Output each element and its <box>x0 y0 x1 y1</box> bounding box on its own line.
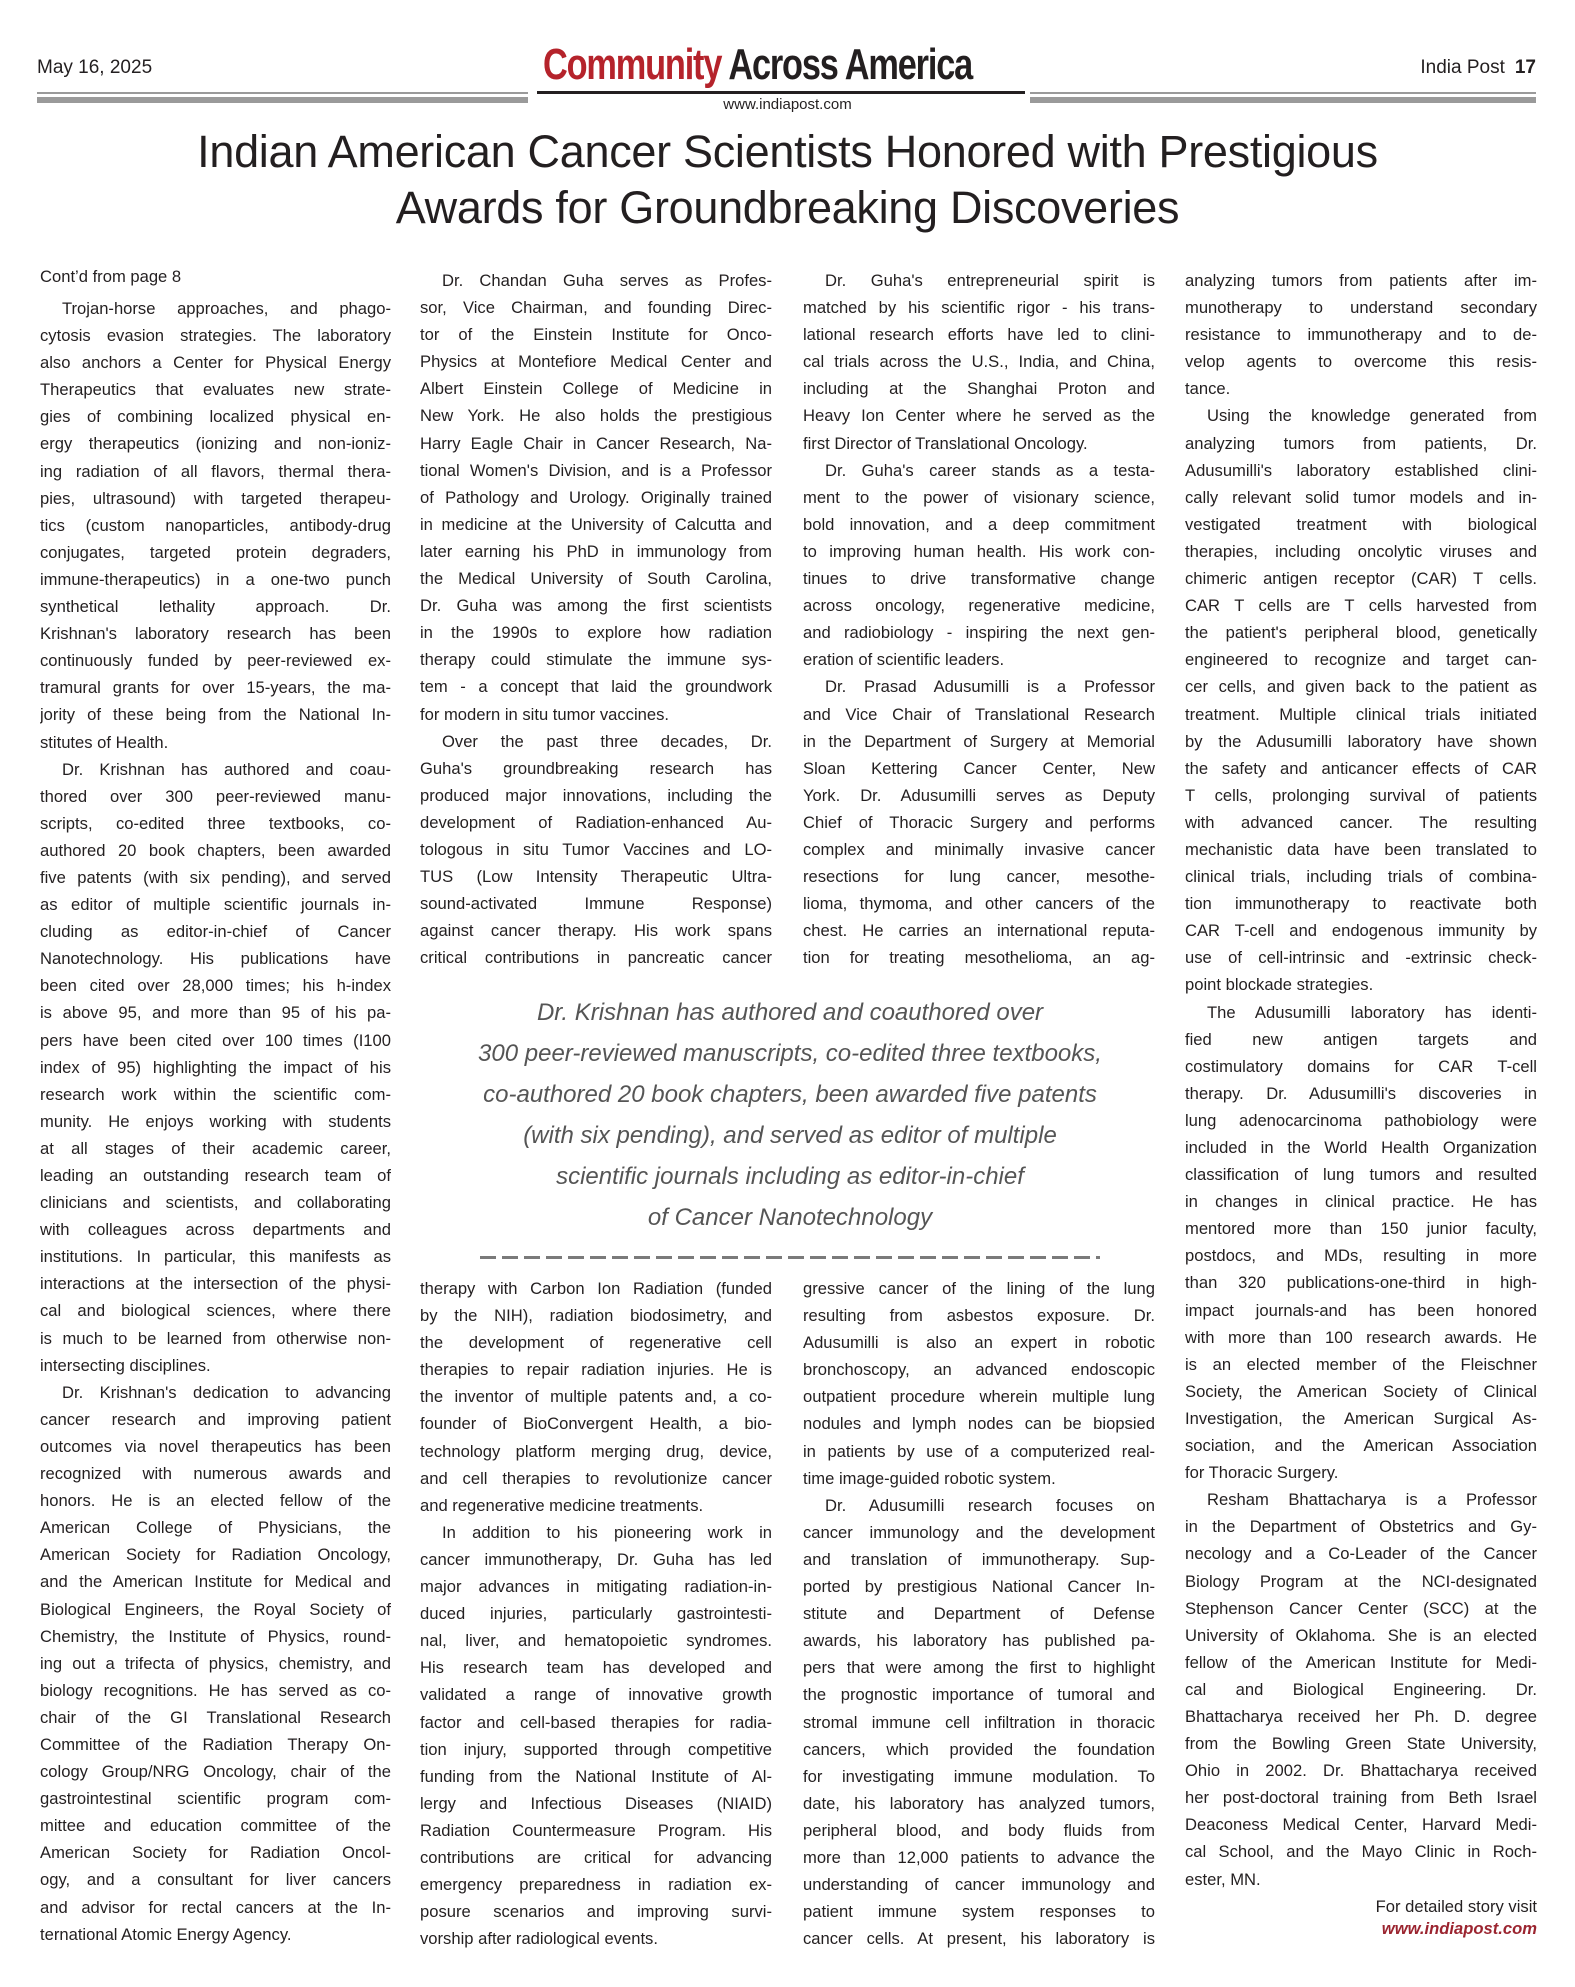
article-text-line: costimulatory domains for CAR T-cell <box>1185 1053 1537 1080</box>
article-text-line: synthetical lethality approach. Dr. <box>40 593 391 620</box>
pull-quote-line: Dr. Krishnan has authored and coauthored… <box>410 992 1170 1033</box>
article-text-line: ing out a trifecta of physics, chemistry… <box>40 1650 391 1677</box>
article-text-line: Dr. Prasad Adusumilli is a Professor <box>803 673 1155 700</box>
article-text-line: thored over 300 peer-reviewed manu- <box>40 783 391 810</box>
article-text-line: and the American Institute for Medical a… <box>40 1568 391 1595</box>
article-text-line: Biology Program at the NCI-designated <box>1185 1568 1537 1595</box>
article-text-line: funding from the National Institute of A… <box>420 1763 772 1790</box>
article-text-line: cology Group/NRG Oncology, chair of the <box>40 1758 391 1785</box>
article-text-line: time image-guided robotic system. <box>803 1465 1155 1492</box>
article-text-line: Krishnan's laboratory research has been <box>40 620 391 647</box>
article-text-line: the inventor of multiple patents and, a … <box>420 1383 772 1410</box>
article-text-line: recognized with numerous awards and <box>40 1460 391 1487</box>
article-text-line: tion for treating mesothelioma, an ag- <box>803 944 1155 971</box>
article-text-line: in the Department of Obstetrics and Gy- <box>1185 1513 1537 1540</box>
article-text-line: resistance to immunotherapy and to de- <box>1185 321 1537 348</box>
article-text-line: Dr. Krishnan's dedication to advancing <box>40 1379 391 1406</box>
article-text-line: Stephenson Cancer Center (SCC) at the <box>1185 1595 1537 1622</box>
article-headline: Indian American Cancer Scientists Honore… <box>0 124 1575 236</box>
article-text-line: emergency preparedness in radiation ex- <box>420 1871 772 1898</box>
article-text-line: Dr. Guha's entrepreneurial spirit is <box>803 267 1155 294</box>
issue-date: May 16, 2025 <box>37 57 152 79</box>
masthead-community: Community <box>543 40 721 89</box>
article-text-line: tramural grants for over 15-years, the m… <box>40 674 391 701</box>
article-text-line: Bhattacharya received her Ph. D. degree <box>1185 1703 1537 1730</box>
article-text-line: stromal immune cell infiltration in thor… <box>803 1709 1155 1736</box>
article-text-line: in changes in clinical practice. He has <box>1185 1188 1537 1215</box>
article-text-line: lational research efforts have led to cl… <box>803 321 1155 348</box>
article-column-3-bottom: gressive cancer of the lining of the lun… <box>803 1275 1155 1952</box>
article-text-line: vestigated treatment with biological <box>1185 511 1537 538</box>
article-text-line: and radiobiology - inspiring the next ge… <box>803 619 1155 646</box>
article-text-line: Harry Eagle Chair in Cancer Research, Na… <box>420 430 772 457</box>
article-text-line: continuously funded by peer-reviewed ex- <box>40 647 391 674</box>
article-text-line: research work within the scientific com- <box>40 1081 391 1108</box>
article-text-line: tor of the Einstein Institute for Onco- <box>420 321 772 348</box>
article-text-line: immune-therapeutics) in a one-two punch <box>40 566 391 593</box>
article-text-line: Resham Bhattacharya is a Professor <box>1185 1486 1537 1513</box>
article-text-line: gies of combining localized physical en- <box>40 403 391 430</box>
article-text-line: gressive cancer of the lining of the lun… <box>803 1275 1155 1302</box>
article-text-line: Adusumilli's laboratory established clin… <box>1185 457 1537 484</box>
article-text-line: cer cells, and given back to the patient… <box>1185 673 1537 700</box>
article-text-line: produced major innovations, including th… <box>420 782 772 809</box>
pull-quote-line: 300 peer-reviewed manuscripts, co-edited… <box>410 1033 1170 1074</box>
article-text-line: and regenerative medicine treatments. <box>420 1492 772 1519</box>
article-text-line: chest. He carries an international reput… <box>803 917 1155 944</box>
article-text-line: peripheral blood, and body fluids from <box>803 1817 1155 1844</box>
article-text-line: Nanotechnology. His publications have <box>40 945 391 972</box>
article-text-line: the patient's peripheral blood, genetica… <box>1185 619 1537 646</box>
article-text-line: munotherapy to understand secondary <box>1185 294 1537 321</box>
article-text-line: American Society for Radiation Oncol- <box>40 1839 391 1866</box>
article-text-line: York. Dr. Adusumilli serves as Deputy <box>803 782 1155 809</box>
masthead-across-america: Across America <box>728 40 972 89</box>
article-column-3-top: Dr. Guha's entrepreneurial spirit ismatc… <box>803 267 1155 971</box>
detailed-story-text: For detailed story visit <box>1376 1896 1537 1918</box>
article-text-line: Heavy Ion Center where he served as the <box>803 402 1155 429</box>
article-text-line: is an elected member of the Fleischner <box>1185 1351 1537 1378</box>
header-rule-right-thin <box>1030 92 1536 94</box>
article-text-line: in the 1990s to explore how radiation <box>420 619 772 646</box>
article-text-line: fied new antigen targets and <box>1185 1026 1537 1053</box>
article-text-line: Dr. Guha was among the first scientists <box>420 592 772 619</box>
article-text-line: Sloan Kettering Cancer Center, New <box>803 755 1155 782</box>
article-text-line: lergy and Infectious Diseases (NIAID) <box>420 1790 772 1817</box>
article-text-line: therapy. Dr. Adusumilli's discoveries in <box>1185 1080 1537 1107</box>
article-text-line: conjugates, targeted protein degraders, <box>40 539 391 566</box>
article-text-line: scripts, co-edited three textbooks, co- <box>40 810 391 837</box>
article-text-line: bold innovation, and a deep commitment <box>803 511 1155 538</box>
article-text-line: biology recognitions. He has served as c… <box>40 1677 391 1704</box>
article-text-line: in patients by use of a computerized rea… <box>803 1438 1155 1465</box>
article-text-line: Dr. Guha's career stands as a testa- <box>803 457 1155 484</box>
article-text-line: In addition to his pioneering work in <box>420 1519 772 1546</box>
article-text-line: velop agents to overcome this resis- <box>1185 348 1537 375</box>
article-text-line: ester, MN. <box>1185 1866 1537 1893</box>
article-text-line: analyzing tumors from patients after im- <box>1185 267 1537 294</box>
article-text-line: analyzing tumors from patients, Dr. <box>1185 430 1537 457</box>
article-text-line: duced injuries, particularly gastrointes… <box>420 1600 772 1627</box>
article-text-line: ogy, and a consultant for liver cancers <box>40 1866 391 1893</box>
article-text-line: the safety and anticancer effects of CAR <box>1185 755 1537 782</box>
article-text-line: therapy could stimulate the immune sys- <box>420 646 772 673</box>
pull-quote-line: co-authored 20 book chapters, been award… <box>410 1074 1170 1115</box>
article-text-line: institutions. In particular, this manife… <box>40 1243 391 1270</box>
article-text-line: clinical trials, including trials of com… <box>1185 863 1537 890</box>
article-text-line: with more than 100 research awards. He <box>1185 1324 1537 1351</box>
article-text-line: technology platform merging drug, device… <box>420 1438 772 1465</box>
article-text-line: Society, the American Society of Clinica… <box>1185 1378 1537 1405</box>
article-text-line: Using the knowledge generated from <box>1185 402 1537 429</box>
article-text-line: use of cell-intrinsic and -extrinsic che… <box>1185 944 1537 971</box>
article-text-line: mechanistic data have been translated to <box>1185 836 1537 863</box>
pull-quote-line: scientific journals including as editor-… <box>410 1156 1170 1197</box>
article-text-line: Dr. Krishnan has authored and coau- <box>40 756 391 783</box>
article-text-line: Dr. Adusumilli research focuses on <box>803 1492 1155 1519</box>
article-text-line: the Medical University of South Carolina… <box>420 565 772 592</box>
article-text-line: development of Radiation-enhanced Au- <box>420 809 772 836</box>
article-text-line: American College of Physicians, the <box>40 1514 391 1541</box>
article-text-line: pers that were among the first to highli… <box>803 1654 1155 1681</box>
article-text-line: necology and a Co-Leader of the Cancer <box>1185 1540 1537 1567</box>
article-text-line: Investigation, the American Surgical As- <box>1185 1405 1537 1432</box>
article-text-line: Adusumilli is also an expert in robotic <box>803 1329 1155 1356</box>
article-text-line: ported by prestigious National Cancer In… <box>803 1573 1155 1600</box>
article-text-line: Chief of Thoracic Surgery and performs <box>803 809 1155 836</box>
article-text-line: contributions are critical for advancing <box>420 1844 772 1871</box>
article-text-line: Radiation Countermeasure Program. His <box>420 1817 772 1844</box>
article-text-line: His research team has developed and <box>420 1654 772 1681</box>
article-text-line: therapies, including oncolytic viruses a… <box>1185 538 1537 565</box>
article-column-2-bottom: therapy with Carbon Ion Radiation (funde… <box>420 1275 772 1952</box>
pull-quote-dashed-divider <box>480 1256 1100 1259</box>
article-text-line: major advances in mitigating radiation-i… <box>420 1573 772 1600</box>
article-text-line: cancer immunology and the development <box>803 1519 1155 1546</box>
article-text-line: therapy with Carbon Ion Radiation (funde… <box>420 1275 772 1302</box>
article-text-line: eration of scientific leaders. <box>803 646 1155 673</box>
article-text-line: awards, his laboratory has published pa- <box>803 1627 1155 1654</box>
article-text-line: resections for lung cancer, mesothe- <box>803 863 1155 890</box>
article-text-line: American Society for Radiation Oncology, <box>40 1541 391 1568</box>
article-text-line: nal, liver, and hematopoietic syndromes. <box>420 1627 772 1654</box>
article-text-line: lung adenocarcinoma pathobiology were <box>1185 1107 1537 1134</box>
article-text-line: tologous in situ Tumor Vaccines and LO- <box>420 836 772 863</box>
article-text-line: as editor of multiple scientific journal… <box>40 891 391 918</box>
article-text-line: sound-activated Immune Response) <box>420 890 772 917</box>
article-text-line: Ohio in 2002. Dr. Bhattacharya received <box>1185 1757 1537 1784</box>
article-text-line: outpatient procedure wherein multiple lu… <box>803 1383 1155 1410</box>
article-text-line: ing radiation of all flavors, thermal th… <box>40 458 391 485</box>
article-text-line: cluding as editor-in-chief of Cancer <box>40 918 391 945</box>
article-text-line: cancer cells. At present, his laboratory… <box>803 1925 1155 1952</box>
article-text-line: also anchors a Center for Physical Energ… <box>40 349 391 376</box>
detailed-story-note: For detailed story visit www.indiapost.c… <box>1376 1896 1537 1940</box>
headline-line-1: Indian American Cancer Scientists Honore… <box>0 124 1575 180</box>
article-text-line: to improving human health. His work con- <box>803 538 1155 565</box>
article-text-line: of Pathology and Urology. Originally tra… <box>420 484 772 511</box>
article-text-line: the development of regenerative cell <box>420 1329 772 1356</box>
article-text-line: munity. He enjoys working with students <box>40 1108 391 1135</box>
article-text-line: first Director of Translational Oncology… <box>803 430 1155 457</box>
article-text-line: cal and Biological Engineering. Dr. <box>1185 1676 1537 1703</box>
article-text-line: Committee of the Radiation Therapy On- <box>40 1731 391 1758</box>
article-text-line: tem - a concept that laid the groundwork <box>420 673 772 700</box>
article-text-line: from the Bowling Green State University, <box>1185 1730 1537 1757</box>
article-text-line: classification of lung tumors and result… <box>1185 1161 1537 1188</box>
masthead-title: Community Across America <box>543 40 910 90</box>
article-text-line: patient immune system responses to <box>803 1898 1155 1925</box>
article-text-line: understanding of cancer immunology and <box>803 1871 1155 1898</box>
article-text-line: CAR T-cell and endogenous immunity by <box>1185 917 1537 944</box>
article-text-line: complex and minimally invasive cancer <box>803 836 1155 863</box>
article-text-line: engineered to recognize and target can- <box>1185 646 1537 673</box>
pull-quote-line: of Cancer Nanotechnology <box>410 1197 1170 1238</box>
article-text-line: ergy therapeutics (ionizing and non-ioni… <box>40 430 391 457</box>
article-text-line: resulting from asbestos exposure. Dr. <box>803 1302 1155 1329</box>
article-text-line: at all stages of their academic career, <box>40 1135 391 1162</box>
article-column-2-top: Dr. Chandan Guha serves as Profes-sor, V… <box>420 267 772 971</box>
article-text-line: point blockade strategies. <box>1185 971 1537 998</box>
article-text-line: mentored more than 150 junior faculty, <box>1185 1215 1537 1242</box>
article-text-line: for modern in situ tumor vaccines. <box>420 701 772 728</box>
article-text-line: index of 95) highlighting the impact of … <box>40 1054 391 1081</box>
article-text-line: and advisor for rectal cancers at the In… <box>40 1894 391 1921</box>
article-text-line: postdocs, and MDs, resulting in more <box>1185 1242 1537 1269</box>
continued-from-label: Cont’d from page 8 <box>40 267 181 287</box>
article-text-line: cytosis evasion strategies. The laborato… <box>40 322 391 349</box>
article-text-line: therapies to repair radiation injuries. … <box>420 1356 772 1383</box>
article-text-line: clinicians and scientists, and collabora… <box>40 1189 391 1216</box>
article-text-line: across oncology, regenerative medicine, <box>803 592 1155 619</box>
article-text-line: The Adusumilli laboratory has identi- <box>1185 999 1537 1026</box>
article-text-line: vorship after radiological events. <box>420 1925 772 1952</box>
article-text-line: fellow of the American Institute for Med… <box>1185 1649 1537 1676</box>
article-text-line: Albert Einstein College of Medicine in <box>420 375 772 402</box>
article-text-line: than 320 publications-one-third in high- <box>1185 1269 1537 1296</box>
article-text-line: cal trials across the U.S., India, and C… <box>803 348 1155 375</box>
article-text-line: Guha's groundbreaking research has <box>420 755 772 782</box>
article-text-line: tion immunotherapy to reactivate both <box>1185 890 1537 917</box>
article-text-line: intersecting disciplines. <box>40 1352 391 1379</box>
website-link[interactable]: www.indiapost.com <box>0 96 1575 113</box>
article-text-line: CAR T cells are T cells harvested from <box>1185 592 1537 619</box>
article-text-line: Chemistry, the Institute of Physics, rou… <box>40 1623 391 1650</box>
article-text-line: tance. <box>1185 375 1537 402</box>
article-text-line: cancers, which provided the foundation <box>803 1736 1155 1763</box>
page-number: 17 <box>1515 57 1536 78</box>
masthead-underline <box>537 91 1025 94</box>
article-text-line: and Vice Chair of Translational Research <box>803 701 1155 728</box>
article-text-line: matched by his scientific rigor - his tr… <box>803 294 1155 321</box>
article-text-line: ment to the power of visionary science, <box>803 484 1155 511</box>
article-text-line: outcomes via novel therapeutics has been <box>40 1433 391 1460</box>
article-text-line: University of Oklahoma. She is an electe… <box>1185 1622 1537 1649</box>
article-text-line: tional Women's Division, and is a Profes… <box>420 457 772 484</box>
article-text-line: by the NIH), radiation biodosimetry, and <box>420 1302 772 1329</box>
article-text-line: authored 20 book chapters, been awarded <box>40 837 391 864</box>
article-text-line: cancer immunotherapy, Dr. Guha has led <box>420 1546 772 1573</box>
article-text-line: jority of these being from the National … <box>40 701 391 728</box>
article-text-line: bronchoscopy, an advanced endoscopic <box>803 1356 1155 1383</box>
article-text-line: pies, ultrasound) with targeted therapeu… <box>40 485 391 512</box>
header-rule-left-thin <box>37 92 528 94</box>
article-text-line: Biological Engineers, the Royal Society … <box>40 1596 391 1623</box>
article-text-line: later earning his PhD in immunology from <box>420 538 772 565</box>
article-text-line: pers have been cited over 100 times (I10… <box>40 1027 391 1054</box>
article-text-line: is much to be learned from otherwise non… <box>40 1325 391 1352</box>
article-text-line: her post-doctoral training from Beth Isr… <box>1185 1784 1537 1811</box>
article-text-line: cancer research and improving patient <box>40 1406 391 1433</box>
article-column-4: analyzing tumors from patients after im-… <box>1185 267 1537 1893</box>
article-text-line: Therapeutics that evaluates new strate- <box>40 376 391 403</box>
article-text-line: tinues to drive transformative change <box>803 565 1155 592</box>
article-text-line: in medicine at the University of Calcutt… <box>420 511 772 538</box>
article-text-line: Physics at Montefiore Medical Center and <box>420 348 772 375</box>
article-text-line: included in the World Health Organizatio… <box>1185 1134 1537 1161</box>
article-text-line: tics (custom nanoparticles, antibody-dru… <box>40 512 391 539</box>
article-text-line: in the Department of Surgery at Memorial <box>803 728 1155 755</box>
page-label: India Post17 <box>1420 57 1536 79</box>
article-text-line: cally relevant solid tumor models and in… <box>1185 484 1537 511</box>
article-text-line: by the Adusumilli laboratory have shown <box>1185 728 1537 755</box>
article-text-line: for investigating immune modulation. To <box>803 1763 1155 1790</box>
article-text-line: stitute and Department of Defense <box>803 1600 1155 1627</box>
article-text-line: with advanced cancer. The resulting <box>1185 809 1537 836</box>
article-text-line: lioma, thymoma, and other cancers of the <box>803 890 1155 917</box>
publication-name: India Post <box>1420 57 1505 78</box>
article-text-line: nodules and lymph nodes can be biopsied <box>803 1410 1155 1437</box>
article-text-line: Trojan-horse approaches, and phago- <box>40 295 391 322</box>
article-text-line: sociation, and the American Association <box>1185 1432 1537 1459</box>
article-text-line: five patents (with six pending), and ser… <box>40 864 391 891</box>
article-text-line: Over the past three decades, Dr. <box>420 728 772 755</box>
article-text-line: treatment. Multiple clinical trials init… <box>1185 701 1537 728</box>
article-column-1: Trojan-horse approaches, and phago-cytos… <box>40 295 391 1948</box>
article-text-line: Dr. Chandan Guha serves as Profes- <box>420 267 772 294</box>
headline-line-2: Awards for Groundbreaking Discoveries <box>0 180 1575 236</box>
detailed-story-link[interactable]: www.indiapost.com <box>1376 1918 1537 1940</box>
article-text-line: date, his laboratory has analyzed tumors… <box>803 1790 1155 1817</box>
article-text-line: factor and cell-based therapies for radi… <box>420 1709 772 1736</box>
article-text-line: ternational Atomic Energy Agency. <box>40 1921 391 1948</box>
article-text-line: the prognostic importance of tumoral and <box>803 1681 1155 1708</box>
article-text-line: cal School, and the Mayo Clinic in Roch- <box>1185 1838 1537 1865</box>
article-text-line: chair of the GI Translational Research <box>40 1704 391 1731</box>
article-text-line: TUS (Low Intensity Therapeutic Ultra- <box>420 863 772 890</box>
article-text-line: posure scenarios and improving survi- <box>420 1898 772 1925</box>
article-text-line: stitutes of Health. <box>40 729 391 756</box>
article-text-line: for Thoracic Surgery. <box>1185 1459 1537 1486</box>
article-text-line: interactions at the intersection of the … <box>40 1270 391 1297</box>
article-text-line: is above 95, and more than 95 of his pa- <box>40 999 391 1026</box>
article-text-line: T cells, prolonging survival of patients <box>1185 782 1537 809</box>
article-text-line: more than 12,000 patients to advance the <box>803 1844 1155 1871</box>
article-text-line: critical contributions in pancreatic can… <box>420 944 772 971</box>
article-text-line: mittee and education committee of the <box>40 1812 391 1839</box>
article-text-line: New York. He also holds the prestigious <box>420 402 772 429</box>
article-text-line: cal and biological sciences, where there <box>40 1297 391 1324</box>
article-text-line: impact journals-and has been honored <box>1185 1297 1537 1324</box>
article-text-line: sor, Vice Chairman, and founding Direc- <box>420 294 772 321</box>
article-text-line: with colleagues across departments and <box>40 1216 391 1243</box>
article-text-line: and cell therapies to revolutionize canc… <box>420 1465 772 1492</box>
article-text-line: founder of BioConvergent Health, a bio- <box>420 1410 772 1437</box>
pull-quote-line: (with six pending), and served as editor… <box>410 1115 1170 1156</box>
article-text-line: been cited over 28,000 times; his h-inde… <box>40 972 391 999</box>
article-text-line: against cancer therapy. His work spans <box>420 917 772 944</box>
article-text-line: tion injury, supported through competiti… <box>420 1736 772 1763</box>
article-text-line: gastrointestinal scientific program com- <box>40 1785 391 1812</box>
article-text-line: leading an outstanding research team of <box>40 1162 391 1189</box>
article-text-line: and translation of immunotherapy. Sup- <box>803 1546 1155 1573</box>
article-text-line: Deaconess Medical Center, Harvard Medi- <box>1185 1811 1537 1838</box>
pull-quote: Dr. Krishnan has authored and coauthored… <box>410 992 1170 1238</box>
article-text-line: chimeric antigen receptor (CAR) T cells. <box>1185 565 1537 592</box>
article-text-line: validated a range of innovative growth <box>420 1681 772 1708</box>
article-text-line: honors. He is an elected fellow of the <box>40 1487 391 1514</box>
article-text-line: including at the Shanghai Proton and <box>803 375 1155 402</box>
